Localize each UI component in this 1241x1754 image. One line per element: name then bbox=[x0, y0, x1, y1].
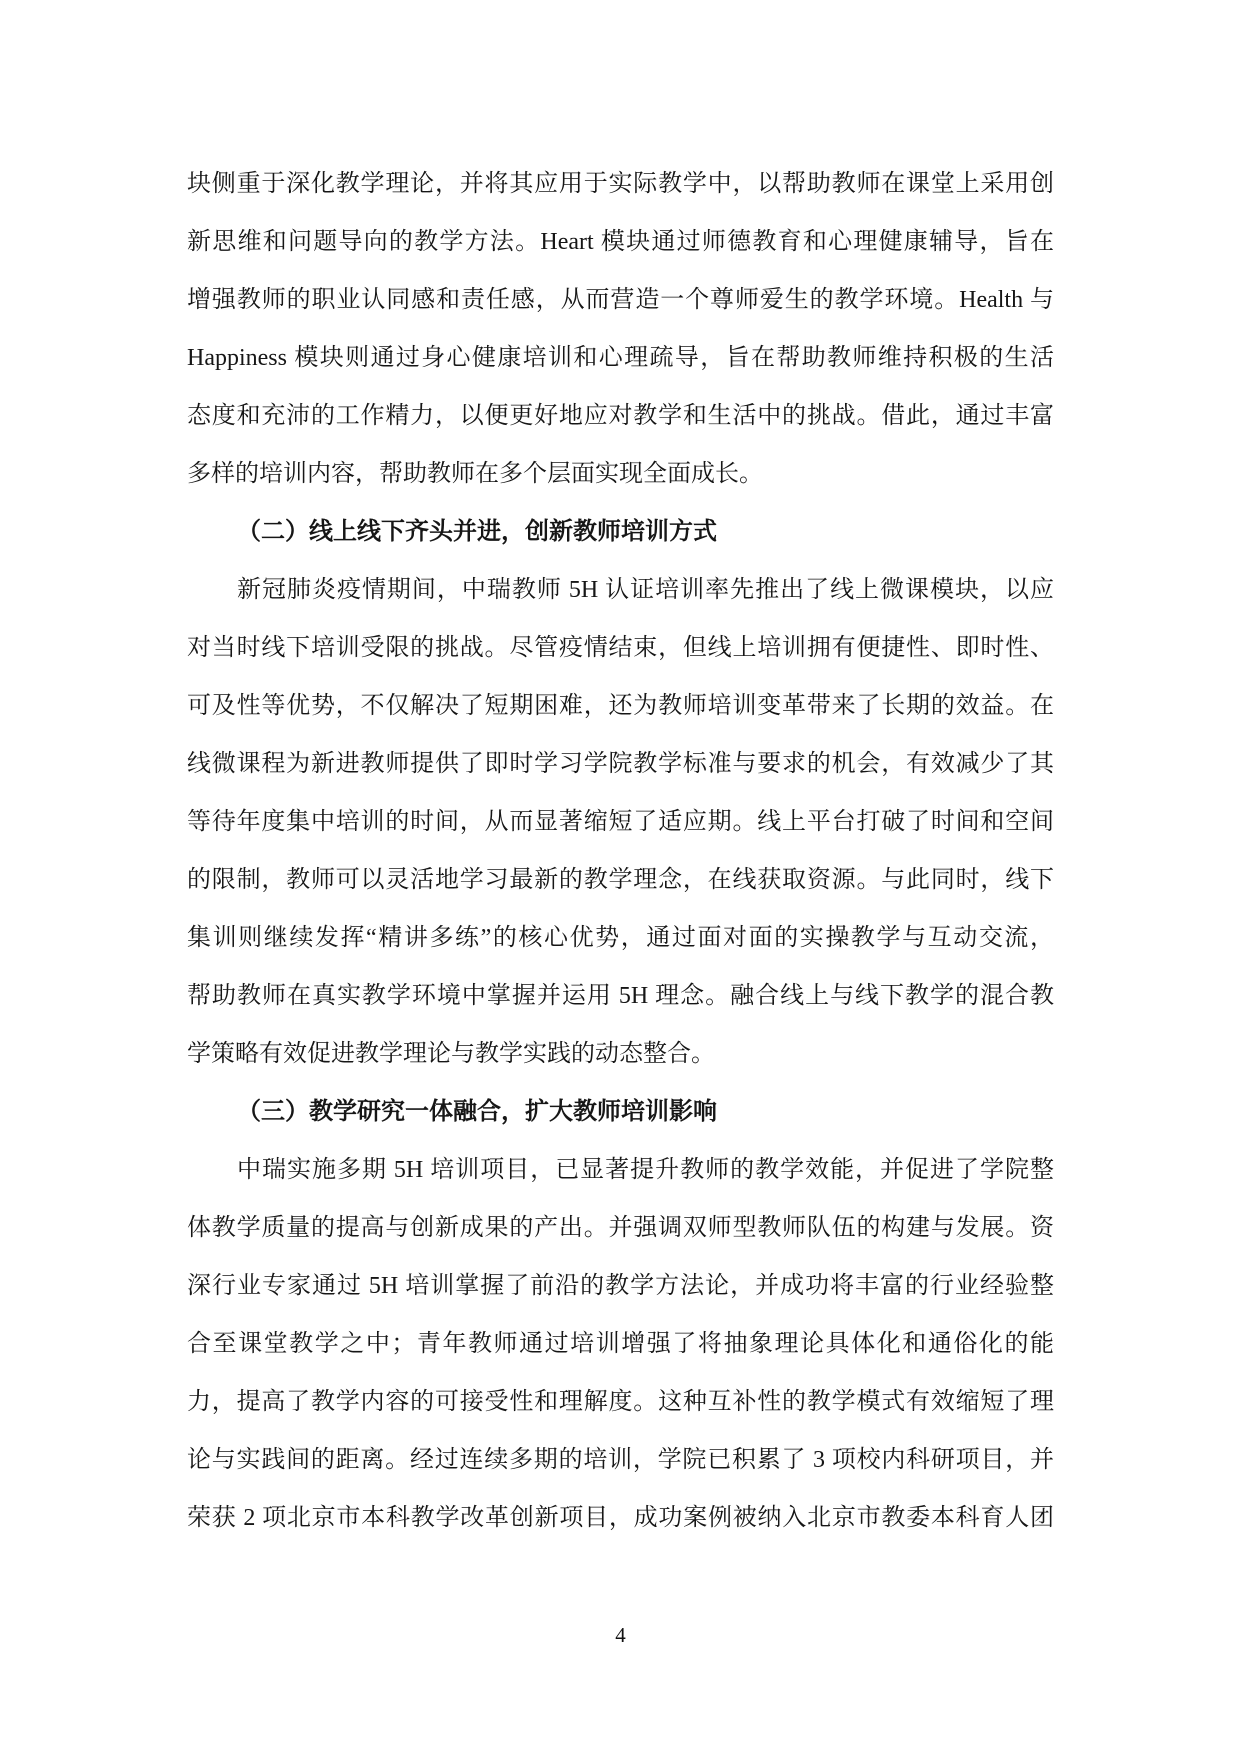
body-line: 的限制，教师可以灵活地学习最新的教学理念，在线获取资源。与此同时，线下 bbox=[187, 851, 1054, 909]
body-line: 态度和充沛的工作精力，以便更好地应对教学和生活中的挑战。借此，通过丰富 bbox=[187, 387, 1054, 445]
document-text-block: 块侧重于深化教学理论，并将其应用于实际教学中，以帮助教师在课堂上采用创 新思维和… bbox=[187, 155, 1054, 1547]
body-line: 深行业专家通过 5H 培训掌握了前沿的教学方法论，并成功将丰富的行业经验整 bbox=[187, 1257, 1054, 1315]
body-line: 多样的培训内容，帮助教师在多个层面实现全面成长。 bbox=[187, 445, 1054, 503]
body-line: 块侧重于深化教学理论，并将其应用于实际教学中，以帮助教师在课堂上采用创 bbox=[187, 155, 1054, 213]
body-line: 合至课堂教学之中；青年教师通过培训增强了将抽象理论具体化和通俗化的能 bbox=[187, 1315, 1054, 1373]
body-line: 新思维和问题导向的教学方法。Heart 模块通过师德教育和心理健康辅导，旨在 bbox=[187, 213, 1054, 271]
body-line: 集训则继续发挥“精讲多练”的核心优势，通过面对面的实操教学与互动交流， bbox=[187, 909, 1054, 967]
body-line: 论与实践间的距离。经过连续多期的培训，学院已积累了 3 项校内科研项目，并 bbox=[187, 1431, 1054, 1489]
body-line: 中瑞实施多期 5H 培训项目，已显著提升教师的教学效能，并促进了学院整 bbox=[187, 1141, 1054, 1199]
body-line: 增强教师的职业认同感和责任感，从而营造一个尊师爱生的教学环境。Health 与 bbox=[187, 271, 1054, 329]
body-line: 力，提高了教学内容的可接受性和理解度。这种互补性的教学模式有效缩短了理 bbox=[187, 1373, 1054, 1431]
body-line: 荣获 2 项北京市本科教学改革创新项目，成功案例被纳入北京市教委本科育人团 bbox=[187, 1489, 1054, 1547]
page-number: 4 bbox=[0, 1620, 1241, 1650]
section-heading-2: （二）线上线下齐头并进，创新教师培训方式 bbox=[187, 503, 1054, 561]
body-line: 线微课程为新进教师提供了即时学习学院教学标准与要求的机会，有效减少了其 bbox=[187, 735, 1054, 793]
body-line: 对当时线下培训受限的挑战。尽管疫情结束，但线上培训拥有便捷性、即时性、 bbox=[187, 619, 1054, 677]
body-line: 可及性等优势，不仅解决了短期困难，还为教师培训变革带来了长期的效益。在 bbox=[187, 677, 1054, 735]
body-line: 学策略有效促进教学理论与教学实践的动态整合。 bbox=[187, 1025, 1054, 1083]
body-line: Happiness 模块则通过身心健康培训和心理疏导，旨在帮助教师维持积极的生活 bbox=[187, 329, 1054, 387]
body-line: 新冠肺炎疫情期间，中瑞教师 5H 认证培训率先推出了线上微课模块，以应 bbox=[187, 561, 1054, 619]
body-line: 帮助教师在真实教学环境中掌握并运用 5H 理念。融合线上与线下教学的混合教 bbox=[187, 967, 1054, 1025]
section-heading-3: （三）教学研究一体融合，扩大教师培训影响 bbox=[187, 1083, 1054, 1141]
document-page: 块侧重于深化教学理论，并将其应用于实际教学中，以帮助教师在课堂上采用创 新思维和… bbox=[0, 0, 1241, 1754]
body-line: 等待年度集中培训的时间，从而显著缩短了适应期。线上平台打破了时间和空间 bbox=[187, 793, 1054, 851]
body-line: 体教学质量的提高与创新成果的产出。并强调双师型教师队伍的构建与发展。资 bbox=[187, 1199, 1054, 1257]
